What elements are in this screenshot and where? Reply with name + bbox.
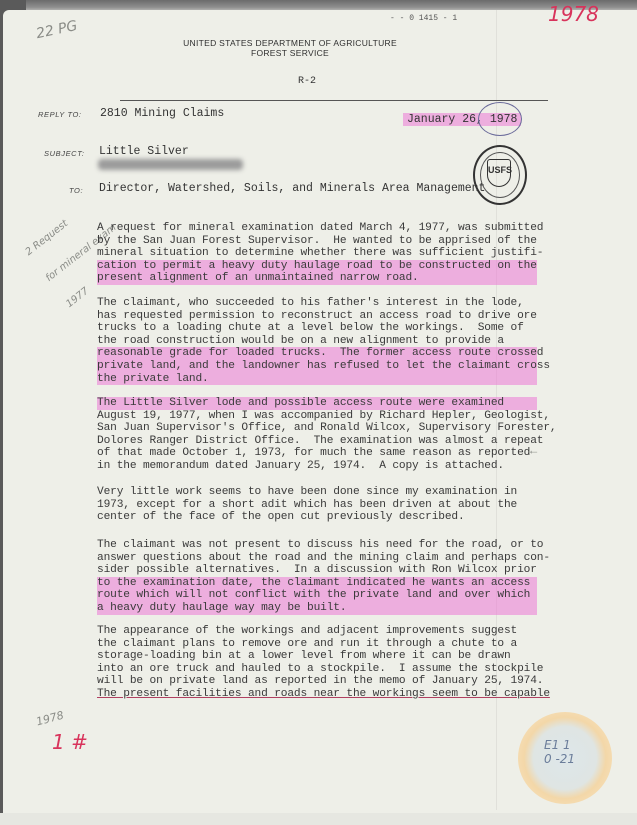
text-line: route which will not conflict with the p… bbox=[97, 589, 537, 602]
stamp-handwriting: E1 1 0 -21 bbox=[544, 738, 575, 766]
text-line: will be on private land as reported in t… bbox=[97, 675, 537, 688]
paragraph-4: Very little work seems to have been done… bbox=[97, 486, 537, 524]
region-code: R-2 bbox=[298, 76, 316, 87]
text-line: private land, and the landowner has refu… bbox=[97, 360, 537, 373]
text-line: The Little Silver lode and possible acce… bbox=[97, 397, 537, 410]
scan-fragment-text: - - 0 1415 - 1 bbox=[390, 14, 457, 23]
text-line: storage-loading bin at a lower level fro… bbox=[97, 650, 537, 663]
text-line: to the examination date, the claimant in… bbox=[97, 577, 537, 590]
handwritten-arrow-icon: ← bbox=[530, 444, 537, 458]
department-name: UNITED STATES DEPARTMENT OF AGRICULTURE bbox=[150, 38, 430, 48]
text-line: The present facilities and roads near th… bbox=[97, 688, 537, 701]
handwritten-year-top: 1978 bbox=[548, 2, 599, 26]
text-line: The claimant was not present to discuss … bbox=[97, 539, 537, 552]
subject-value: Little Silver bbox=[99, 145, 189, 158]
paragraph-5: The claimant was not present to discuss … bbox=[97, 539, 537, 615]
text-line: has requested permission to reconstruct … bbox=[97, 310, 537, 323]
subject-label: SUBJECT: bbox=[44, 149, 85, 158]
date-circle-mark bbox=[478, 102, 522, 136]
text-line: Very little work seems to have been done… bbox=[97, 486, 537, 499]
text-line: the claimant plans to remove ore and run… bbox=[97, 638, 537, 651]
text-line: mineral situation to determine whether t… bbox=[97, 247, 537, 260]
text-line: San Juan Supervisor's Office, and Ronald… bbox=[97, 422, 537, 435]
text-line: 1973, except for a short adit which has … bbox=[97, 499, 537, 512]
to-label: TO: bbox=[69, 186, 83, 195]
shield-icon: USFS bbox=[487, 159, 511, 187]
text-line: by the San Juan Forest Supervisor. He wa… bbox=[97, 235, 537, 248]
text-line: cation to permit a heavy duty haulage ro… bbox=[97, 260, 537, 273]
text-line: Dolores Ranger District Office. The exam… bbox=[97, 435, 537, 448]
text-line: answer questions about the road and the … bbox=[97, 552, 537, 565]
reply-to-label: REPLY TO: bbox=[38, 110, 82, 119]
reply-to-value: 2810 Mining Claims bbox=[100, 107, 224, 120]
paragraph-1: A request for mineral examination dated … bbox=[97, 222, 537, 285]
text-line: a heavy duty haulage way may be built. bbox=[97, 602, 537, 615]
paragraph-6: The appearance of the workings and adjac… bbox=[97, 625, 537, 701]
text-line: The claimant, who succeeded to his fathe… bbox=[97, 297, 537, 310]
text-line: the road construction would be on a new … bbox=[97, 335, 537, 348]
text-line: A request for mineral examination dated … bbox=[97, 222, 537, 235]
text-line: in the memorandum dated January 25, 1974… bbox=[97, 460, 537, 473]
text-line: The appearance of the workings and adjac… bbox=[97, 625, 537, 638]
text-line: of that made October 1, 1973, for much t… bbox=[97, 447, 537, 460]
text-line: trucks to a loading chute at a level bel… bbox=[97, 322, 537, 335]
text-line: into an ore truck and hauled to a stockp… bbox=[97, 663, 537, 676]
header-divider bbox=[120, 100, 548, 101]
text-line: the private land. bbox=[97, 373, 537, 386]
text-line: August 19, 1977, when I was accompanied … bbox=[97, 410, 537, 423]
letterhead: UNITED STATES DEPARTMENT OF AGRICULTURE … bbox=[150, 38, 430, 58]
text-line: present alignment of an unmaintained nar… bbox=[97, 272, 537, 285]
scan-bottom-edge bbox=[0, 813, 637, 825]
text-line: center of the face of the open cut previ… bbox=[97, 511, 537, 524]
text-line: reasonable grade for loaded trucks. The … bbox=[97, 347, 537, 360]
paragraph-2: The claimant, who succeeded to his fathe… bbox=[97, 297, 537, 385]
redacted-text bbox=[98, 159, 243, 170]
text-line: sider possible alternatives. In a discus… bbox=[97, 564, 537, 577]
usda-forest-service-seal-icon: USFS bbox=[473, 145, 527, 205]
agency-name: FOREST SERVICE bbox=[150, 48, 430, 58]
handwritten-number: 1 # bbox=[52, 730, 88, 754]
to-value: Director, Watershed, Soils, and Minerals… bbox=[99, 182, 485, 195]
paragraph-3: The Little Silver lode and possible acce… bbox=[97, 397, 537, 473]
